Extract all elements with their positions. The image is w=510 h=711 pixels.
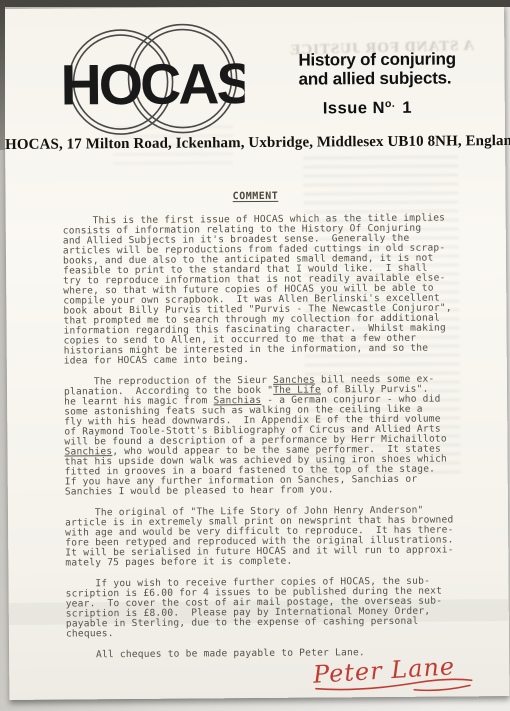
typed-line: year. To cover the cost of air mail post…	[66, 596, 472, 609]
typed-paragraph: If you wish to receive further copies of…	[65, 576, 471, 639]
scan-edge-left	[0, 0, 5, 150]
logo-wordmark: HOCAS	[60, 52, 245, 118]
issue-superscript: o.	[385, 98, 395, 110]
signature-icon: Peter Lane	[308, 643, 481, 707]
issue-prefix: Issue N	[323, 99, 385, 117]
scan-edge-top	[0, 0, 510, 7]
signature-name: Peter Lane	[311, 652, 456, 689]
typed-line: scription is £8.00. Please pay by Intern…	[66, 606, 472, 619]
issue-value: 1	[402, 99, 412, 117]
scanned-page: A STAND FOR JUSTICE HOCAS History of con…	[0, 0, 510, 711]
address-line: HOCAS, 17 Milton Road, Ickenham, Uxbridg…	[5, 133, 505, 154]
typed-paragraph: This is the first issue of HOCAS which a…	[63, 213, 470, 366]
article-body: This is the first issue of HOCAS which a…	[63, 213, 473, 671]
typed-paragraph: The reproduction of the Sieur Sanches bi…	[64, 374, 471, 497]
masthead-tagline-line2: and allied subjects.	[298, 68, 456, 88]
typed-paragraph: The original of "The Life Story of John …	[65, 505, 471, 568]
issue-number: Issue No.1	[323, 98, 412, 119]
typed-line: idea for HOCAS came into being.	[64, 353, 470, 366]
masthead-tagline: History of conjuring and allied subjects…	[298, 49, 456, 88]
masthead-tagline-line1: History of conjuring	[298, 49, 456, 69]
logo-circles-icon: HOCAS	[56, 23, 245, 140]
paper-sheet: A STAND FOR JUSTICE HOCAS History of con…	[4, 5, 509, 700]
hocas-logo: HOCAS	[56, 23, 245, 140]
typed-line: mately 75 pages before it is complete.	[65, 555, 471, 568]
signature: Peter Lane	[308, 643, 481, 707]
typed-line: Sanchies I would be pleased to hear from…	[65, 484, 471, 497]
